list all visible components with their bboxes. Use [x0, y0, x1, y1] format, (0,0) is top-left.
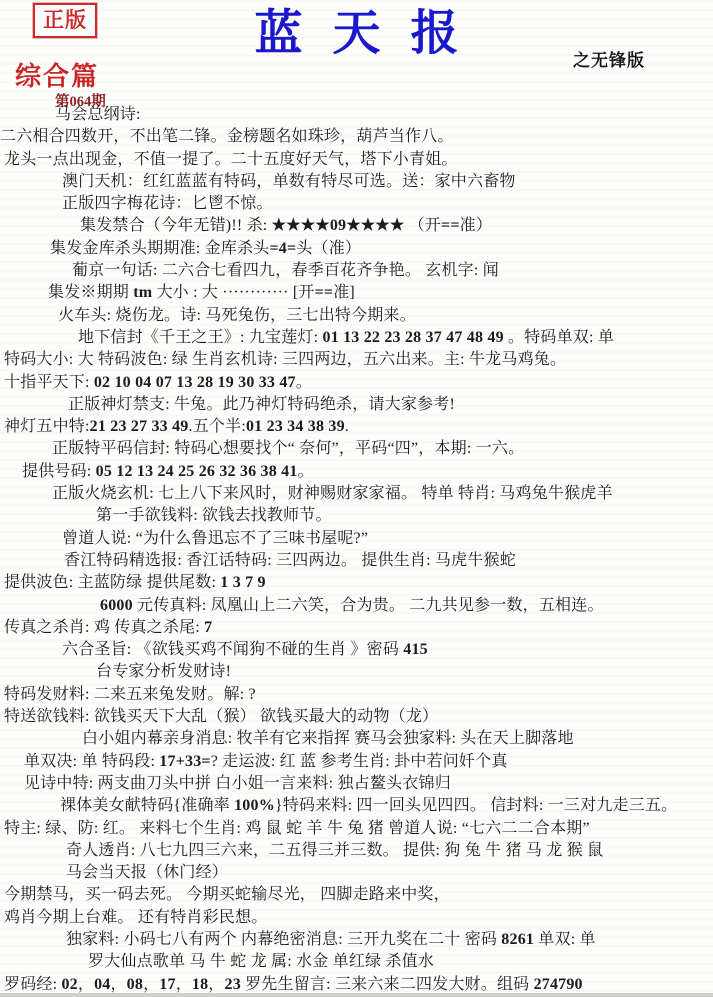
- text-line: 十指平天下: 02 10 04 07 13 28 19 30 33 47。: [0, 372, 713, 394]
- content-lines: 马会总纲诗:二六相合四数开，不出笔二锋。金榜题名如珠珍，葫芦当作八。龙头一点出现…: [0, 104, 713, 996]
- text-line: 火车头: 烧伤龙。诗: 马死兔伤，三七出特今期来。: [0, 305, 713, 327]
- text-line: 地下信封《千王之王》: 九宝莲灯: 01 13 22 23 28 37 47 4…: [0, 327, 713, 349]
- text-line: 葡京一句话: 二六合七看四九，春季百花齐争艳。 玄机字: 闻: [0, 260, 713, 282]
- text-line: 正版神灯禁支: 牛兔。此乃神灯特码绝杀，请大家参考!: [0, 394, 713, 416]
- text-line: 正版火烧玄机: 七上八下来风时，财神赐财家家福。 特单 特肖: 马鸡兔牛猴虎羊: [0, 483, 713, 505]
- text-line: 第一手欲钱料: 欲钱去找教师节。: [0, 505, 713, 527]
- edition-label: 之无锋版: [573, 46, 645, 71]
- text-line: 罗大仙点歌单 马 牛 蛇 龙 属: 水金 单红绿 杀值水: [0, 951, 713, 973]
- text-line: 正版四字梅花诗：匕鬯不惊。: [0, 193, 713, 215]
- text-line: 特码大小: 大 特码波色: 绿 生肖玄机诗: 三四两边，五六出来。主: 牛龙马鸡…: [0, 349, 713, 371]
- text-line: 提供号码: 05 12 13 24 25 26 32 36 38 41。: [0, 461, 713, 483]
- text-line: 曾道人说: “为什么鲁迅忘不了三味书屋呢?”: [0, 528, 713, 550]
- text-line: 澳门天机：红红蓝蓝有特码，单数有特尽可选。送：家中六畜物: [0, 171, 713, 193]
- text-line: 龙头一点出现金，不值一提了。二十五度好天气，塔下小青姐。: [0, 149, 713, 171]
- text-line: 6000 元传真料: 凤凰山上二六笑，合为贵。 二九共见参一数，五相连。: [0, 595, 713, 617]
- section-title: 综合篇: [15, 56, 99, 93]
- text-line: 特主: 绿、防: 红。 来料七个生肖: 鸡 鼠 蛇 羊 牛 兔 猪 曾道人说: …: [0, 818, 713, 840]
- text-line: 集发※期期 tm 大小 : 大 ············ [开==准]: [0, 282, 713, 304]
- text-line: 奇人透肖: 八七九四三六来，二五得三并三数。 提供: 狗 兔 牛 猪 马 龙 猴…: [0, 840, 713, 862]
- text-line: 正版特平码信封: 特码心想要找个“ 奈何”，平码“四”，本期: 一六。: [0, 438, 713, 460]
- text-line: 白小姐内幕亲身消息: 牧羊有它来指挥 赛马会独家料: 头在天上脚落地: [0, 728, 713, 750]
- text-line: 见诗中特: 两支曲刀头中拼 白小姐一言来料: 独占鳌头衣锦归: [0, 773, 713, 795]
- text-line: 马会当天报（休门经）: [0, 862, 713, 884]
- newspaper-page: 正版 蓝天报 之无锋版 综合篇 第064期 马会总纲诗:二六相合四数开，不出笔二…: [0, 0, 713, 997]
- text-line: 神灯五中特:21 23 27 33 49.五个半:01 23 34 38 39.: [0, 416, 713, 438]
- text-line: 六合圣旨: 《欲钱买鸡不闻狗不碰的生肖 》密码 415: [0, 639, 713, 661]
- text-line: 二六相合四数开，不出笔二锋。金榜题名如珠珍，葫芦当作八。: [0, 126, 713, 148]
- text-line: 集发禁合（今年无错)!! 杀: ★★★★09★★★★ （开==准）: [0, 215, 713, 237]
- text-line: 单双决: 单 特码段: 17+33=? 走运波: 红 蓝 参考生肖: 卦中若问奷…: [0, 751, 713, 773]
- text-line: 台专家分析发财诗!: [0, 661, 713, 683]
- scan-edge: [0, 993, 713, 997]
- text-line: 今期禁马，买一码去死。 今期买蛇输尽光， 四脚走路来中奖，: [0, 884, 713, 906]
- text-line: 集发金库杀头期期准: 金库杀头=4=头（准）: [0, 238, 713, 260]
- text-line: 鸡肖今期上台难。 还有特肖彩民想。: [0, 907, 713, 929]
- text-line: 特送欲钱料: 欲钱买天下大乱（猴） 欲钱买最大的动物（龙）: [0, 706, 713, 728]
- text-line: 提供波色: 主蓝防绿 提供尾数: 1 3 7 9: [0, 572, 713, 594]
- text-line: 裸体美女献特码{准确率 100%}特码来料: 四一回头见四四。 信封料: 一三对…: [0, 795, 713, 817]
- text-line: 传真之杀肖: 鸡 传真之杀尾: 7: [0, 617, 713, 639]
- text-line: 马会总纲诗:: [0, 104, 713, 126]
- text-line: 香江特码精选报: 香江话特码: 三四两边。 提供生肖: 马虎牛猴蛇: [0, 550, 713, 572]
- text-line: 特码发财料: 二来五来兔发财。解: ?: [0, 684, 713, 706]
- text-line: 独家料: 小码七八有两个 内幕绝密消息: 三开九奖在二十 密码 8261 单双:…: [0, 929, 713, 951]
